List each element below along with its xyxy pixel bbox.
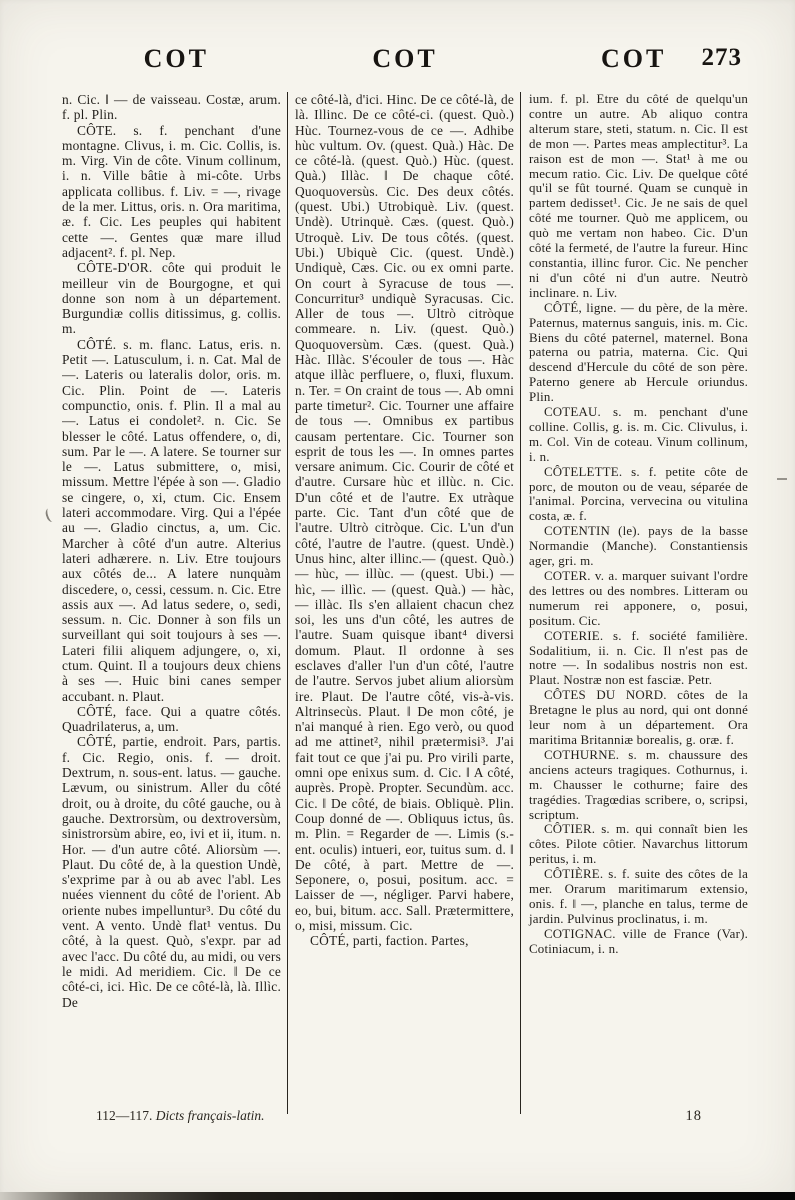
dictionary-paragraph: CÔTES DU NORD. côtes de la Bretagne le p… (529, 688, 748, 748)
scan-edge-artifact (0, 1192, 795, 1200)
dictionary-paragraph: n. Cic. ‖ — de vaisseau. Costæ, arum. f.… (62, 92, 281, 123)
text-columns: n. Cic. ‖ — de vaisseau. Costæ, arum. f.… (62, 92, 748, 1114)
running-title-right: COT (601, 44, 666, 73)
dictionary-paragraph: CÔTIER. s. m. qui connaît bien les côtes… (529, 822, 748, 867)
dictionary-paragraph: CÔTELETTE. s. f. petite côte de porc, de… (529, 465, 748, 525)
dictionary-paragraph: COTENTIN (le). pays de la basse Normandi… (529, 524, 748, 569)
column-3: ium. f. pl. Etre du côté de quelqu'un co… (520, 92, 748, 1114)
dictionary-paragraph: COTER. v. a. marquer suivant l'ordre des… (529, 569, 748, 629)
footer-signature: 112—117. (96, 1108, 152, 1123)
footer-series-title: Dicts français-latin. (156, 1108, 265, 1123)
dictionary-paragraph: CÔTÉ. s. m. flanc. Latus, eris. n. Petit… (62, 337, 281, 704)
running-title-center: COT (372, 44, 437, 73)
dictionary-paragraph: ce côté-là, d'ici. Hinc. De ce côté-là, … (295, 92, 514, 933)
dictionary-paragraph: CÔTÉ, parti, faction. Partes, (295, 933, 514, 948)
running-title-center-wrap: COT (291, 44, 520, 74)
dictionary-paragraph: CÔTÉ, partie, endroit. Pars, partis. f. … (62, 734, 281, 1009)
dictionary-paragraph: CÔTÉ, ligne. — du père, de la mère. Pate… (529, 301, 748, 405)
page-footer: 112—117. Dicts français-latin. 18 (62, 1108, 748, 1125)
page-number: 273 (702, 44, 743, 72)
scan-speck-left (44, 507, 57, 523)
column-2: ce côté-là, d'ici. Hinc. De ce côté-là, … (287, 92, 520, 1114)
footer-sheet-number: 18 (686, 1108, 749, 1125)
dictionary-paragraph: CÔTE. s. f. penchant d'une montagne. Cli… (62, 123, 281, 261)
running-title-right-wrap: COT 273 (519, 44, 748, 74)
column-1: n. Cic. ‖ — de vaisseau. Costæ, arum. f.… (62, 92, 287, 1114)
dictionary-paragraph: CÔTE-D'OR. côte qui produit le meilleur … (62, 260, 281, 336)
dictionary-paragraph: ium. f. pl. Etre du côté de quelqu'un co… (529, 92, 748, 301)
dictionary-paragraph: COTHURNE. s. m. chaussure des anciens ac… (529, 748, 748, 823)
dictionary-paragraph: COTEAU. s. m. penchant d'une colline. Co… (529, 405, 748, 465)
page-header: COT COT COT 273 (62, 44, 748, 74)
scan-speck-right (777, 478, 787, 480)
running-title-left-wrap: COT (62, 44, 291, 74)
scanned-dictionary-page: COT COT COT 273 n. Cic. ‖ — de vaisseau.… (0, 0, 795, 1200)
dictionary-paragraph: CÔTÉ, face. Qui a quatre côtés. Quadrila… (62, 704, 281, 735)
dictionary-paragraph: CÔTIÈRE. s. f. suite des côtes de la mer… (529, 867, 748, 927)
dictionary-paragraph: COTERIE. s. f. société familière. Sodali… (529, 629, 748, 689)
dictionary-paragraph: COTIGNAC. ville de France (Var). Cotinia… (529, 927, 748, 957)
running-title-left: COT (144, 44, 209, 73)
footer-signature-line: 112—117. Dicts français-latin. (62, 1108, 265, 1124)
